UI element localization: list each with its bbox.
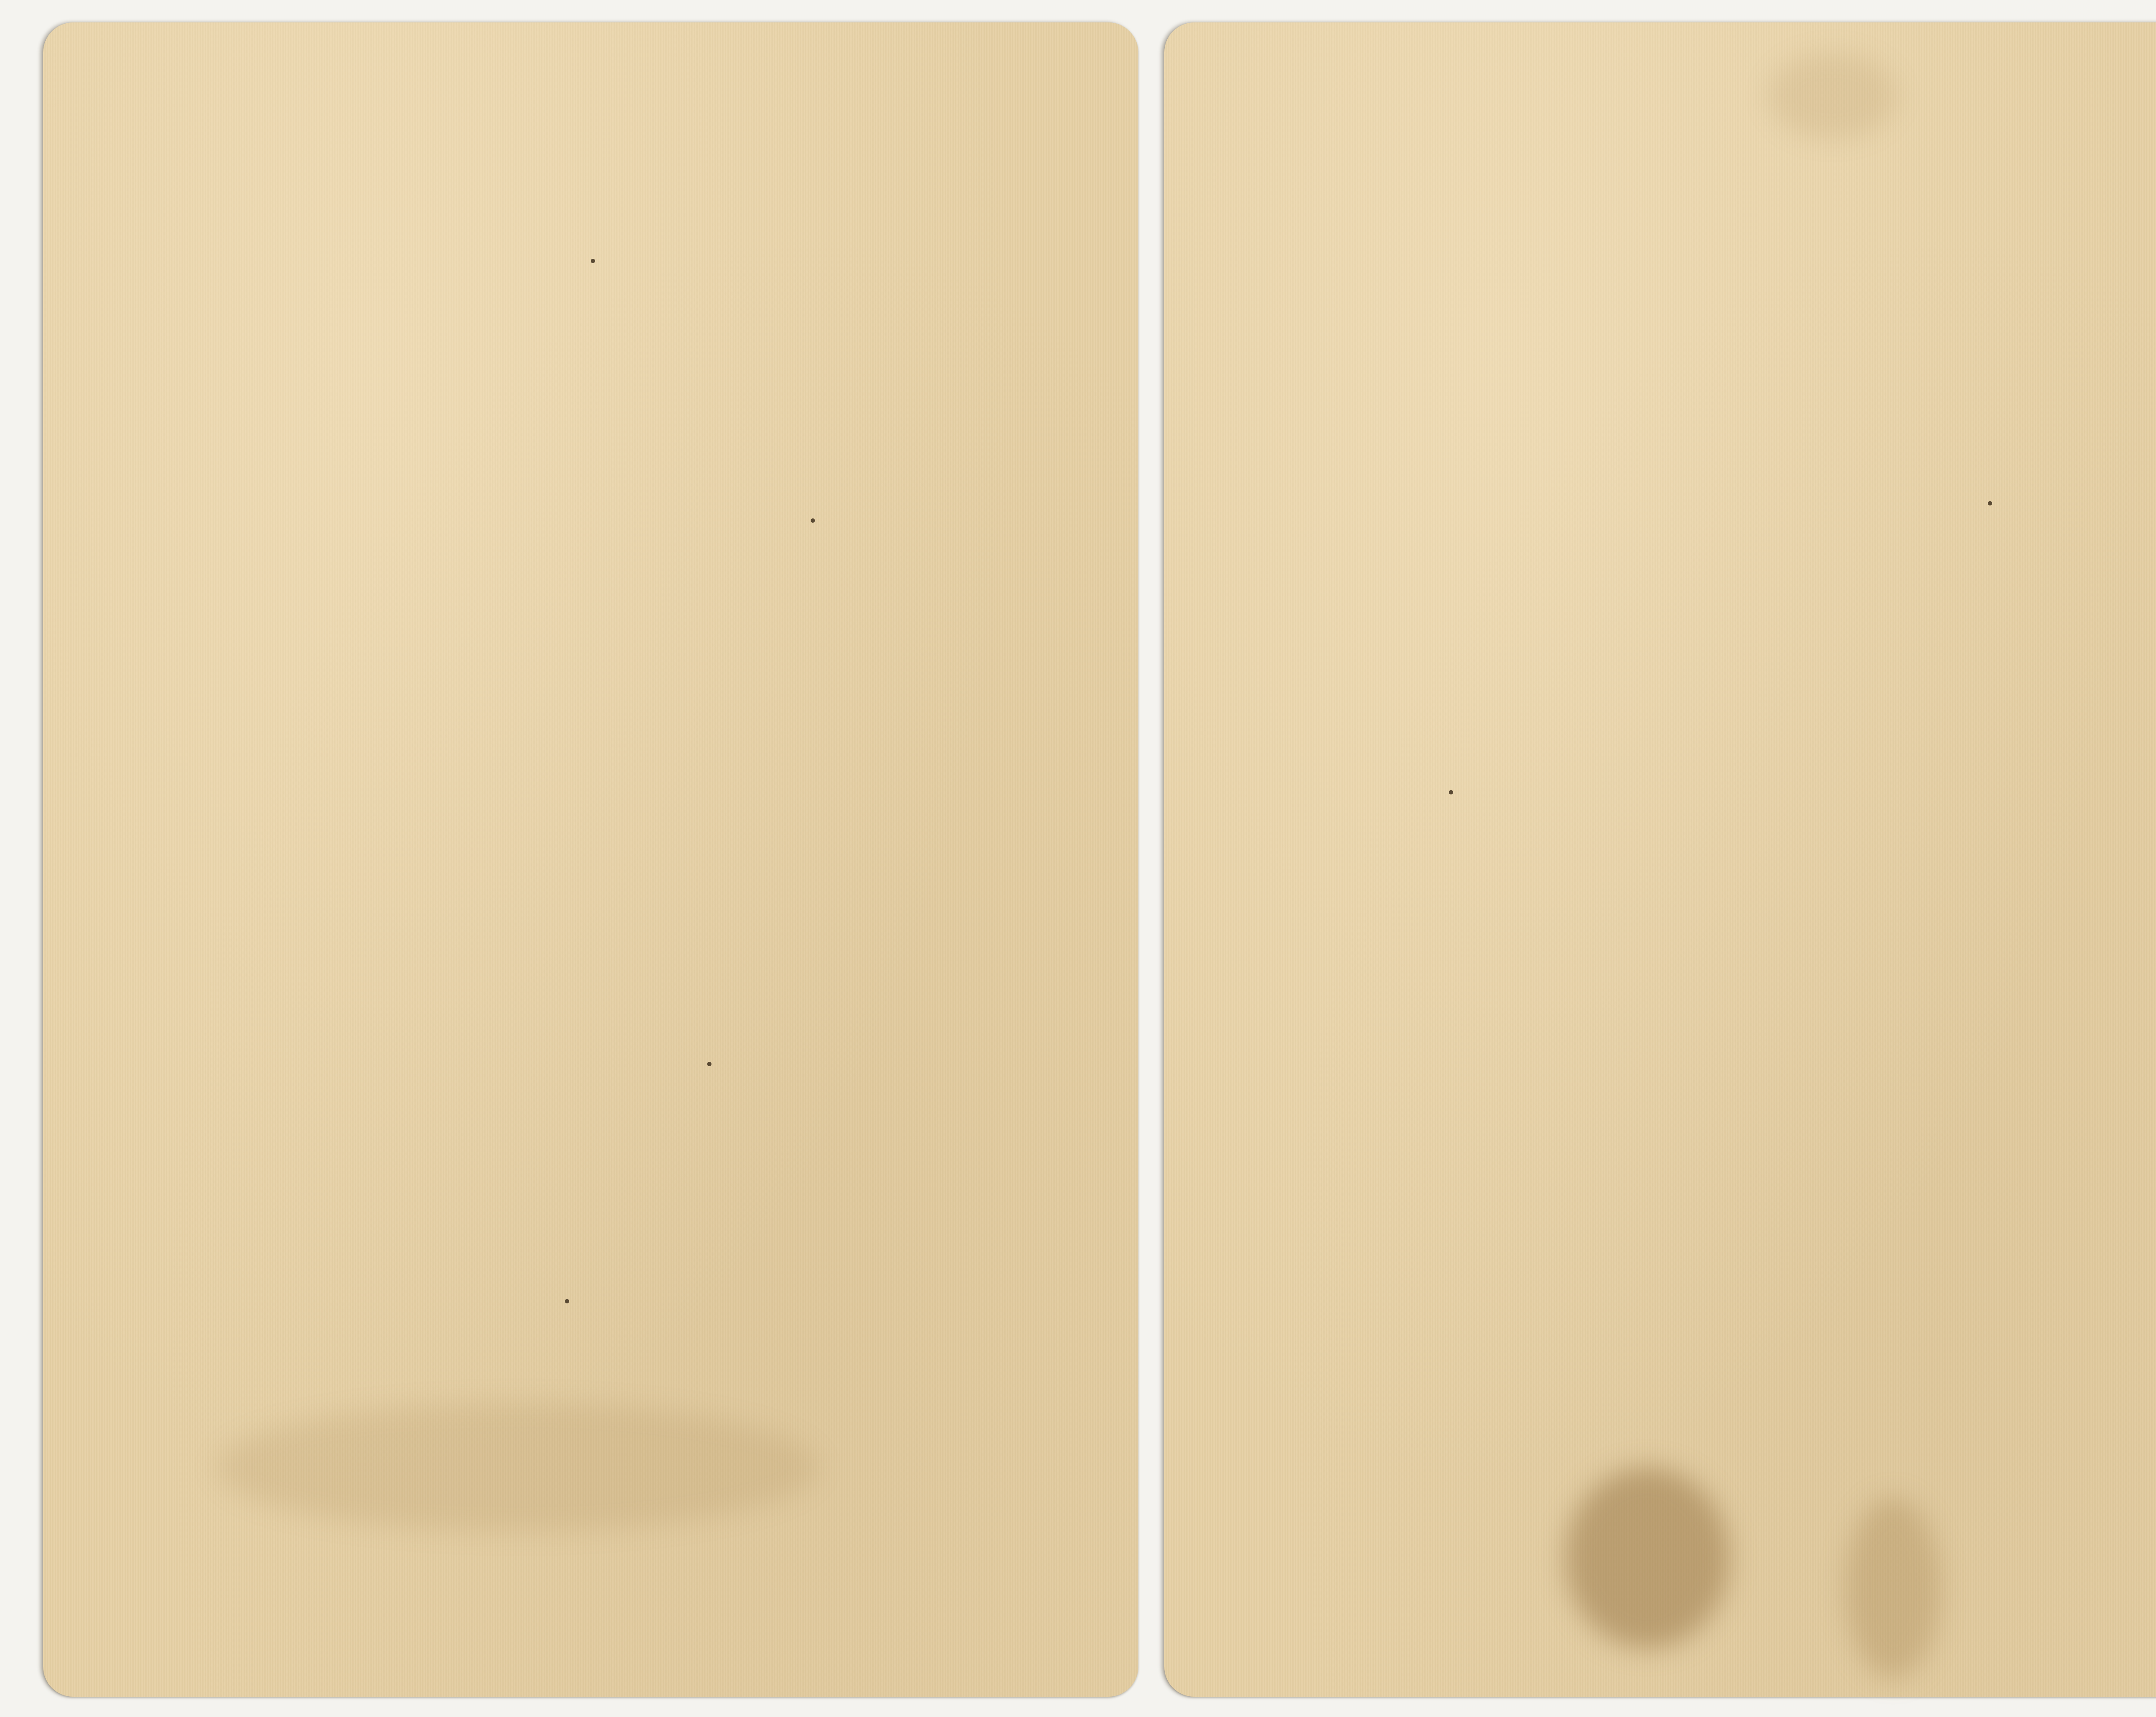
card-left: Left card back [43, 22, 1138, 1697]
speck [591, 259, 595, 263]
speck [1449, 790, 1453, 794]
stain [1768, 53, 1897, 139]
stain [1846, 1497, 1940, 1679]
card-right: Right card back [1164, 22, 2156, 1697]
stain [216, 1403, 819, 1532]
stain [1565, 1467, 1729, 1648]
speck [707, 1062, 711, 1066]
speck [1988, 501, 1992, 505]
speck [565, 1299, 569, 1303]
speck [811, 518, 815, 523]
